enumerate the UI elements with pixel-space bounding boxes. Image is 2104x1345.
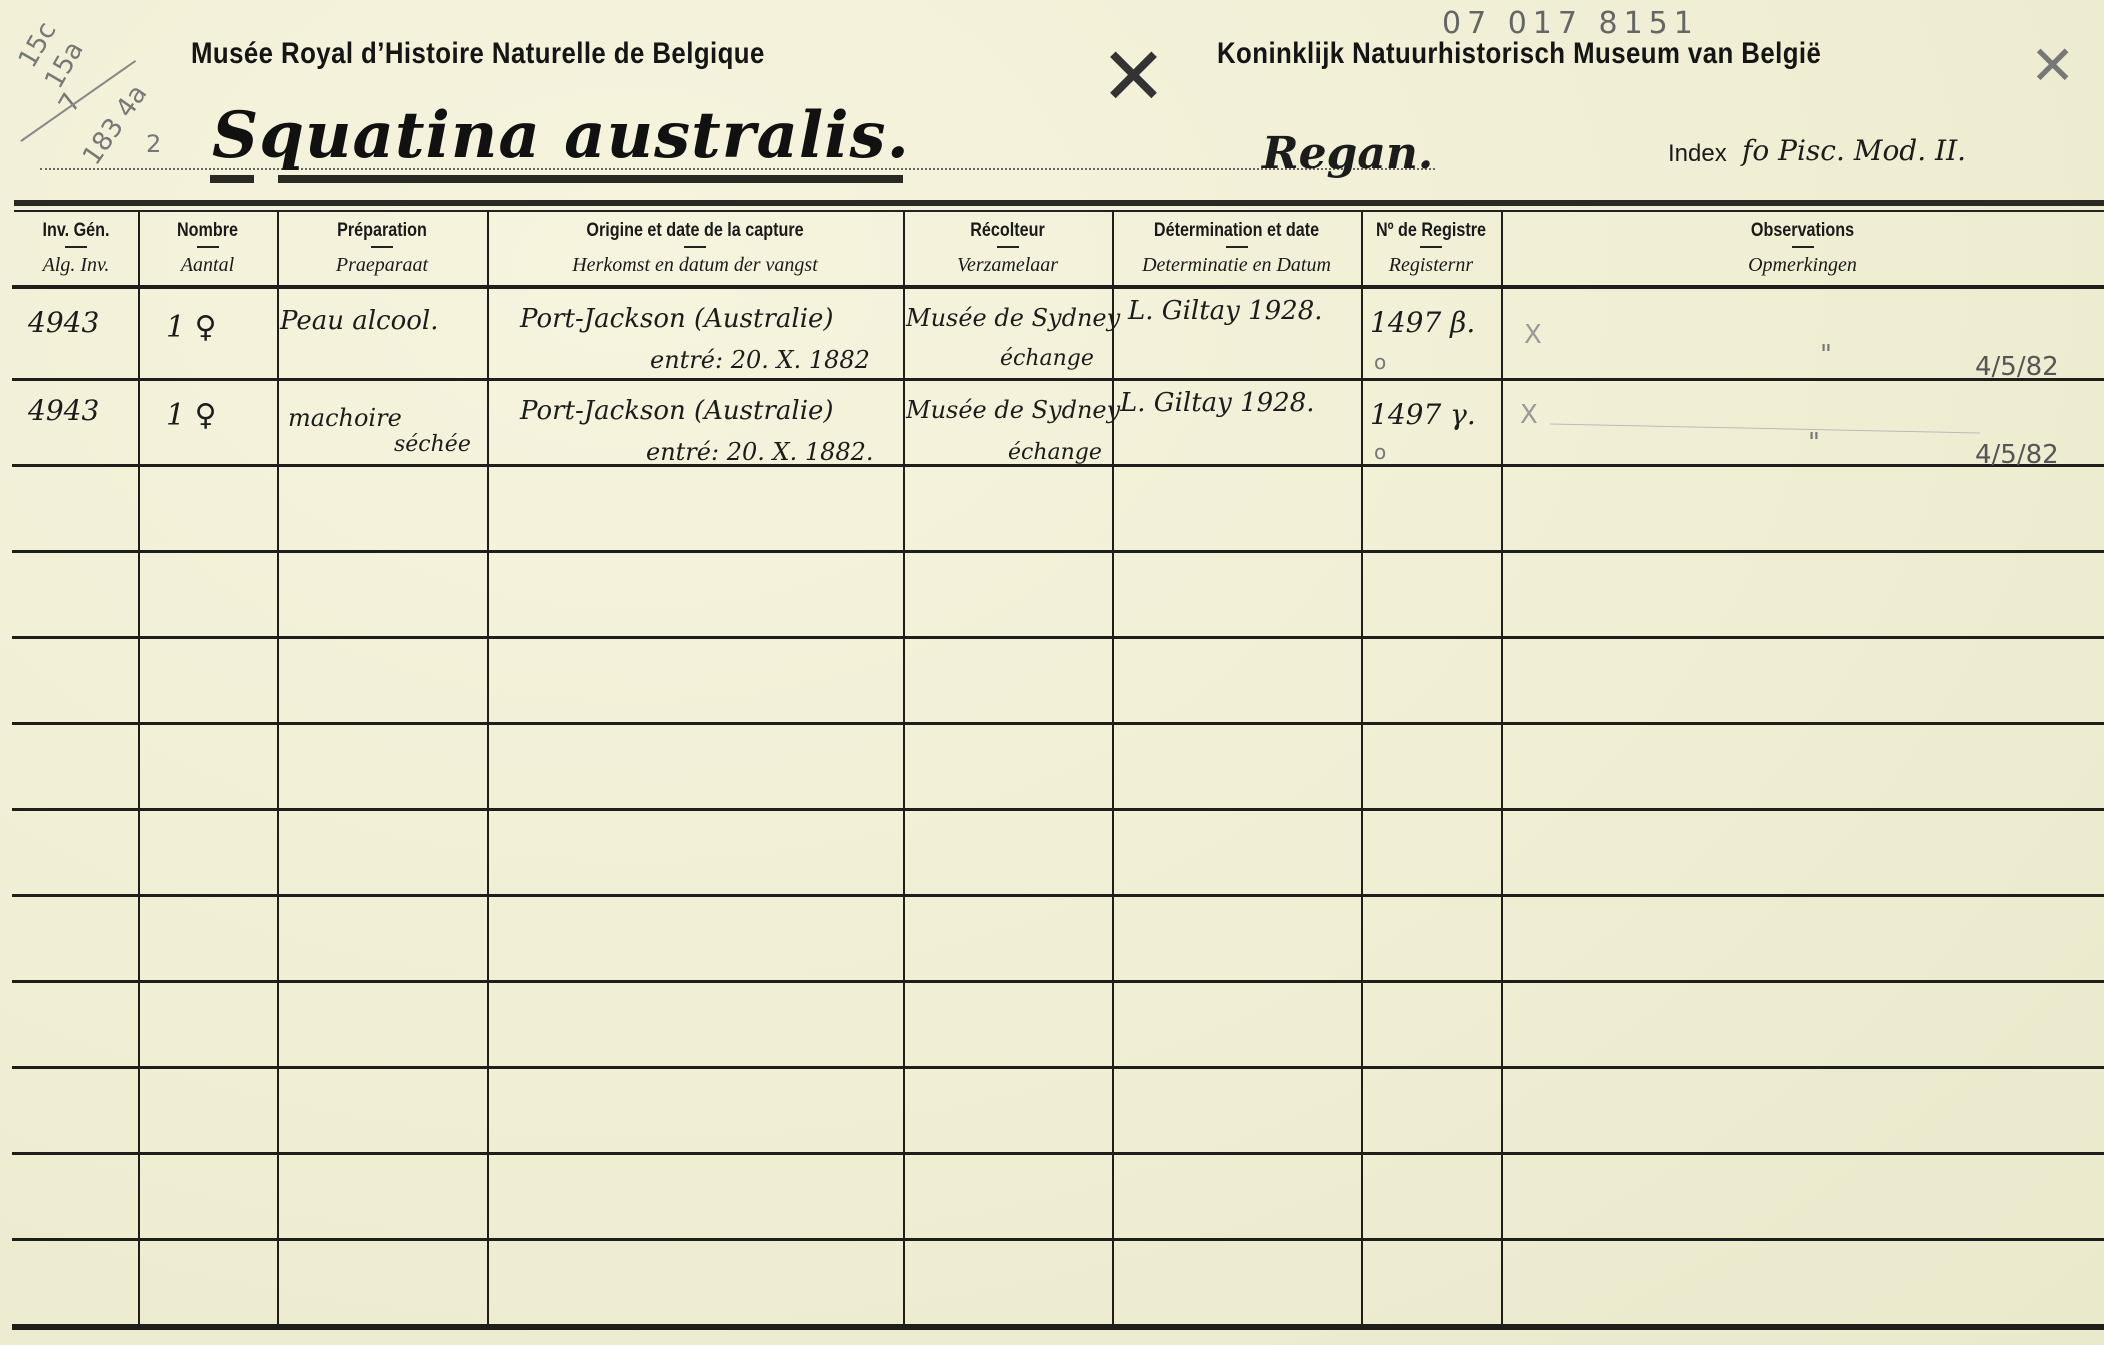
index-label: Index (1668, 140, 1727, 168)
cell-origin-date: entré: 20. X. 1882 (650, 346, 870, 374)
cross-mark-icon: ✕ (2030, 34, 2075, 97)
cell-observation-ditto: " (1820, 340, 1832, 370)
header-preparation: PréparationPraeparaat (277, 220, 487, 277)
institution-name-nl: Koninklijk Natuurhistorisch Museum van B… (1217, 37, 1821, 71)
cell-collector: Musée de Sydney (906, 304, 1120, 332)
species-underline-long (278, 175, 903, 183)
cell-collector: Musée de Sydney (906, 396, 1120, 424)
cell-observation-ditto: " (1808, 428, 1820, 458)
catalog-number: 07 017 8151 (1442, 6, 1699, 41)
species-name: Squatina australis. (212, 98, 910, 173)
cell-collector-note: échange (1000, 346, 1094, 371)
observation-pencil-line (1550, 423, 1980, 433)
species-underline (210, 175, 254, 183)
header-count: NombreAantal (138, 220, 277, 277)
cell-register-mark: o (1374, 350, 1386, 374)
species-author: Regan. (1262, 128, 1433, 179)
header-top-rule-thin (14, 210, 2104, 212)
cell-inv: 4943 (28, 306, 99, 339)
cell-register-mark: o (1374, 440, 1386, 464)
cell-preparation: machoire (288, 404, 402, 432)
cell-register: 1497 β. (1370, 306, 1475, 339)
cell-count: 1 ♀ (166, 310, 217, 345)
header-observations: ObservationsOpmerkingen (1501, 220, 2104, 277)
header-collector: RécolteurVerzamelaar (903, 220, 1112, 277)
cell-origin: Port-Jackson (Australie) (520, 396, 834, 426)
institution-name-fr: Musée Royal d’Histoire Naturelle de Belg… (191, 37, 765, 71)
cell-observation-mark: X (1520, 400, 1538, 430)
cell-determination: L. Giltay 1928. (1120, 388, 1315, 418)
cell-origin-date: entré: 20. X. 1882. (646, 438, 874, 466)
header-top-rule (14, 200, 2104, 206)
cell-observation-date: 4/5/82 (1975, 352, 2059, 382)
cell-preparation-2: séchée (394, 432, 471, 457)
cell-inv: 4943 (28, 394, 99, 427)
header-inv: Inv. Gén.Alg. Inv. (14, 220, 138, 277)
cell-preparation: Peau alcool. (280, 306, 439, 336)
index-value: fo Pisc. Mod. II. (1742, 134, 1966, 167)
cell-register: 1497 γ. (1370, 398, 1476, 431)
margin-note-2: 2 (146, 130, 161, 158)
cell-origin: Port-Jackson (Australie) (520, 304, 834, 334)
cell-determination: L. Giltay 1928. (1128, 296, 1323, 326)
cell-observation-date: 4/5/82 (1975, 440, 2059, 470)
cell-collector-note: échange (1008, 440, 1102, 465)
header-register: Nº de RegistreRegisternr (1361, 220, 1501, 277)
header-determination: Détermination et dateDeterminatie en Dat… (1112, 220, 1361, 277)
cross-mark-icon: ✕ (1100, 30, 1167, 123)
cell-observation-mark: X (1524, 320, 1542, 350)
header-origin: Origine et date de la captureHerkomst en… (487, 220, 903, 277)
cell-count: 1 ♀ (166, 398, 217, 433)
